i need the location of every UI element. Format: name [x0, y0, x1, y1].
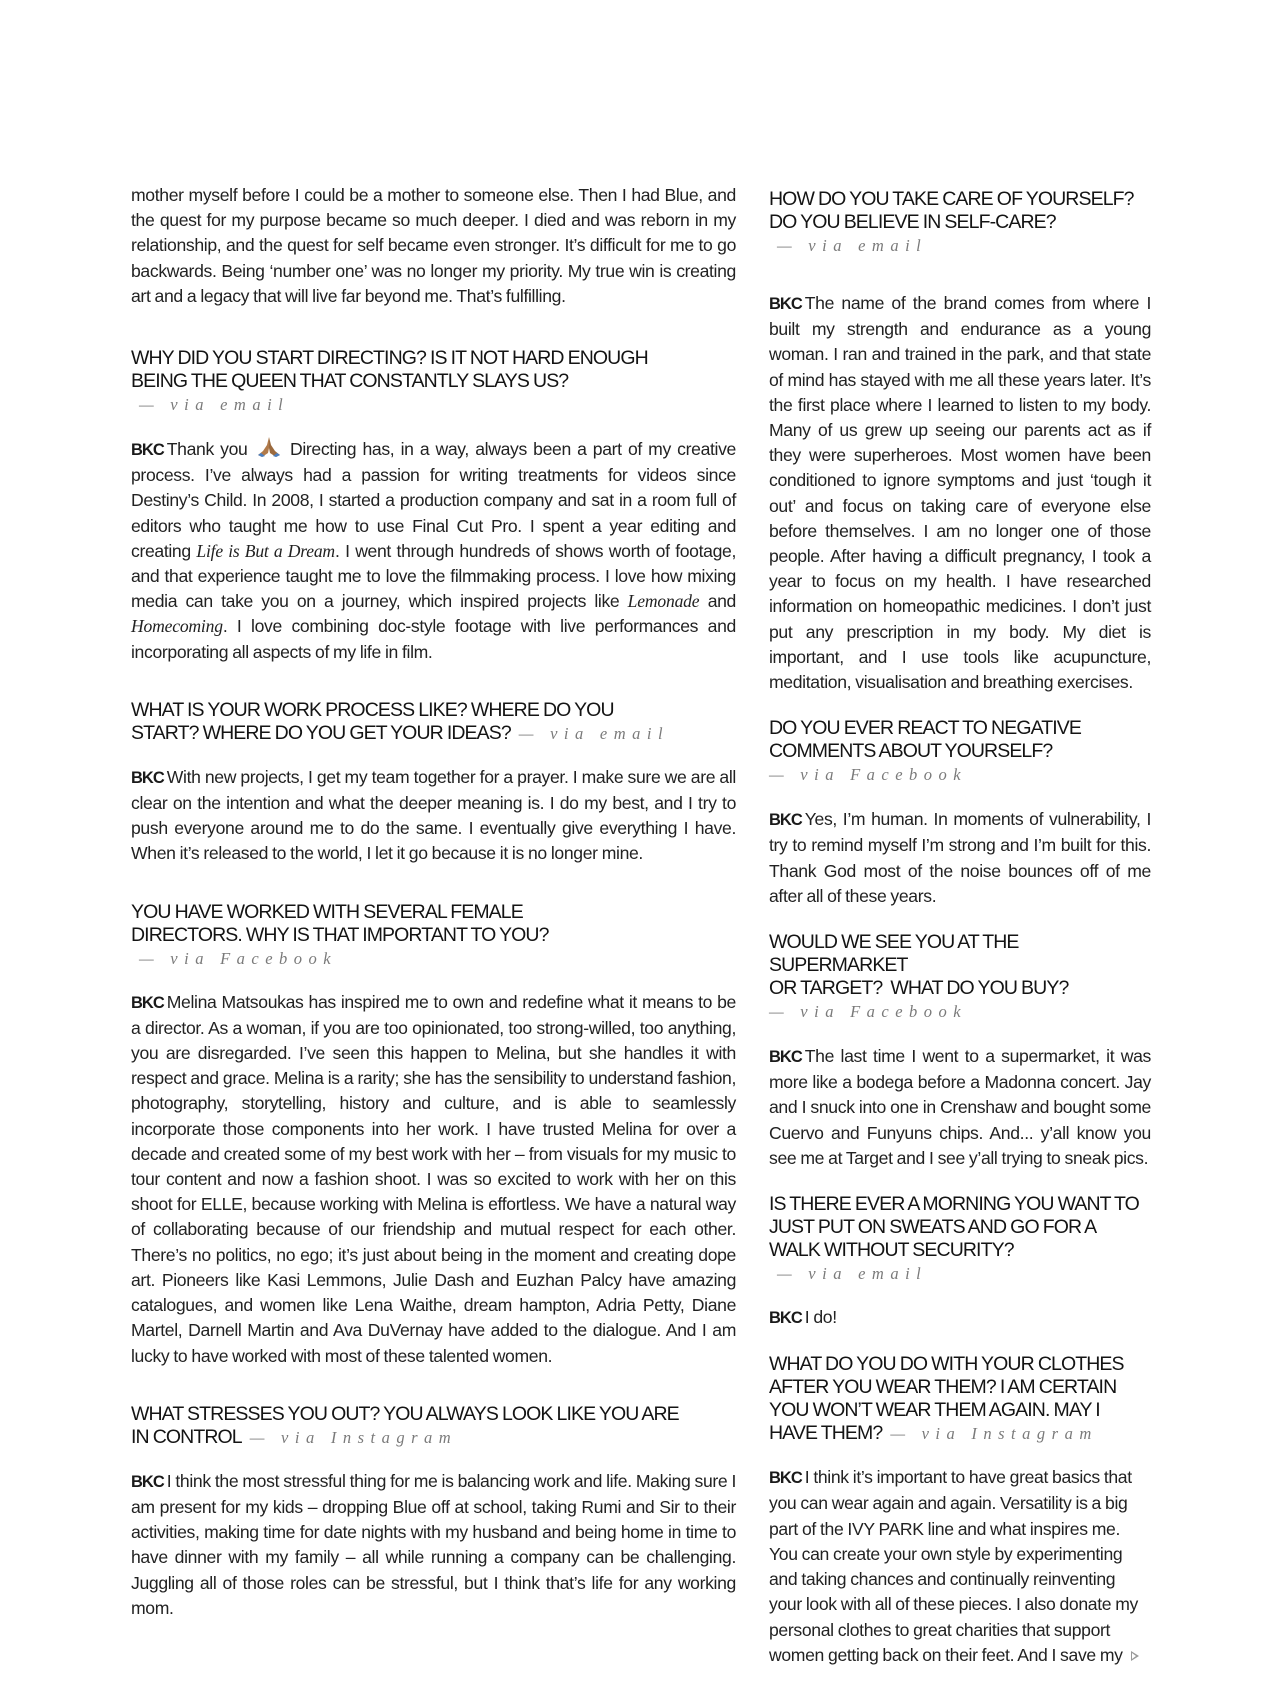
speaker-label: BKC [131, 1473, 164, 1491]
speaker-label: BKC [769, 1309, 802, 1327]
qa-female-directors: YOU HAVE WORKED WITH SEVERAL FEMALE DIRE… [131, 901, 736, 1369]
qa-supermarket: WOULD WE SEE YOU AT THE SUPERMARKET OR T… [769, 931, 1151, 1171]
speaker-label: BKC [131, 441, 164, 459]
folded-hands-icon [256, 436, 282, 458]
question-heading: WOULD WE SEE YOU AT THE SUPERMARKET OR T… [769, 931, 1151, 1024]
source-via-instagram: — via Instagram [890, 1424, 1097, 1443]
speaker-label: BKC [131, 769, 164, 787]
source-via-email: — via email [139, 395, 289, 414]
question-heading: WHAT DO YOU DO WITH YOUR CLOTHES AFTER Y… [769, 1353, 1129, 1445]
question-heading: IS THERE EVER A MORNING YOU WANT TO JUST… [769, 1193, 1149, 1285]
speaker-label: BKC [131, 994, 164, 1012]
source-via-email: — via email [519, 724, 669, 743]
qa-self-care: HOW DO YOU TAKE CARE OF YOURSELF? DO YOU… [769, 188, 1151, 695]
question-heading: WHAT STRESSES YOU OUT? YOU ALWAYS LOOK L… [131, 1403, 691, 1449]
title-homecoming: Homecoming [131, 616, 223, 636]
source-via-facebook: — via Facebook [139, 949, 337, 968]
speaker-label: BKC [769, 811, 802, 829]
question-heading: WHAT IS YOUR WORK PROCESS LIKE? WHERE DO… [131, 699, 671, 745]
answer-paragraph: BKCThe name of the brand comes from wher… [769, 291, 1151, 695]
intro-paragraph: mother myself before I could be a mother… [131, 183, 736, 309]
right-column: HOW DO YOU TAKE CARE OF YOURSELF? DO YOU… [769, 188, 1151, 1668]
question-heading: DO YOU EVER REACT TO NEGATIVE COMMENTS A… [769, 717, 1151, 787]
question-heading: WHY DID YOU START DIRECTING? IS IT NOT H… [131, 347, 691, 416]
title-life-is-but-a-dream: Life is But a Dream [196, 541, 335, 561]
answer-paragraph: BKCI think the most stressful thing for … [131, 1469, 736, 1621]
answer-paragraph: BKCThe last time I went to a supermarket… [769, 1044, 1151, 1171]
question-heading: HOW DO YOU TAKE CARE OF YOURSELF? DO YOU… [769, 188, 1151, 257]
qa-sweats-walk: IS THERE EVER A MORNING YOU WANT TO JUST… [769, 1193, 1151, 1331]
question-heading: YOU HAVE WORKED WITH SEVERAL FEMALE DIRE… [131, 901, 631, 970]
qa-work-process: WHAT IS YOUR WORK PROCESS LIKE? WHERE DO… [131, 699, 736, 867]
answer-paragraph: BKCYes, I’m human. In moments of vulnera… [769, 807, 1151, 909]
source-via-email: — via email [777, 236, 927, 255]
speaker-label: BKC [769, 295, 802, 313]
speaker-label: BKC [769, 1469, 802, 1487]
source-via-facebook: — via Facebook [769, 1000, 1151, 1024]
answer-paragraph: BKCMelina Matsoukas has inspired me to o… [131, 990, 736, 1369]
left-column: mother myself before I could be a mother… [131, 183, 736, 1621]
answer-paragraph: BKCI think it’s important to have great … [769, 1465, 1151, 1668]
answer-paragraph: BKCWith new projects, I get my team toge… [131, 765, 736, 867]
qa-stress: WHAT STRESSES YOU OUT? YOU ALWAYS LOOK L… [131, 1403, 736, 1621]
qa-clothes: WHAT DO YOU DO WITH YOUR CLOTHES AFTER Y… [769, 1353, 1151, 1668]
source-via-email: — via email [777, 1264, 927, 1283]
speaker-label: BKC [769, 1048, 802, 1066]
magazine-page: mother myself before I could be a mother… [0, 0, 1280, 1696]
qa-directing: WHY DID YOU START DIRECTING? IS IT NOT H… [131, 347, 736, 665]
continue-arrow-icon [1131, 1651, 1139, 1661]
answer-paragraph: BKCThank you Directing has, in a way, al… [131, 436, 736, 665]
source-via-instagram: — via Instagram [250, 1428, 457, 1447]
source-via-facebook: — via Facebook [769, 763, 1151, 787]
title-lemonade: Lemonade [628, 591, 700, 611]
qa-negative-comments: DO YOU EVER REACT TO NEGATIVE COMMENTS A… [769, 717, 1151, 909]
answer-paragraph: BKCI do! [769, 1305, 1151, 1331]
